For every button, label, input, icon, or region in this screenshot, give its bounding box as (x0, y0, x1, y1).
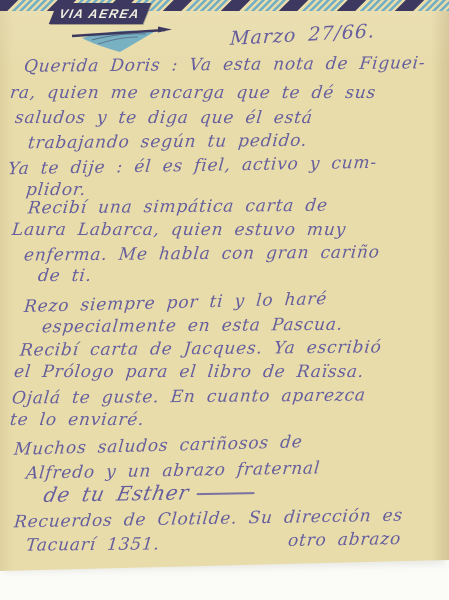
handwritten-line: ra, quien me encarga que te dé sus (9, 83, 377, 103)
airmail-wing-icon (68, 21, 176, 55)
handwritten-line: Laura Labarca, quien estuvo muy (11, 220, 347, 240)
handwritten-line: enferma. Me habla con gran cariño (23, 242, 381, 265)
postscript-line: Recuerdos de Clotilde. Su dirección es (13, 506, 404, 533)
handwritten-line: de ti. (37, 266, 93, 286)
letter-paper: VIA AEREA Marzo 27/66. Querida Doris : V… (0, 0, 449, 572)
handwritten-line: Recibí carta de Jacques. Ya escribió (19, 337, 383, 360)
handwritten-line: Ya te dije : él es fiel, activo y cum- (7, 153, 378, 179)
via-aerea-label: VIA AEREA (57, 7, 143, 21)
handwritten-line: especialmente en esta Pascua. (41, 315, 344, 338)
postscript-note: otro abrazo (287, 529, 402, 551)
letter-date: Marzo 27/66. (230, 20, 376, 50)
handwritten-line: trabajando según tu pedido. (27, 131, 308, 153)
closing-line: Muchos saludos cariñosos de (13, 432, 303, 460)
handwritten-line: Ojalá te guste. En cuanto aparezca (11, 385, 367, 408)
handwritten-line: te lo enviaré. (9, 410, 145, 430)
handwritten-line: Recibí una simpática carta de (27, 196, 329, 219)
handwritten-line: Rezo siempre por ti y lo haré (23, 289, 328, 317)
handwritten-line: el Prólogo para el libro de Raïssa. (13, 362, 365, 382)
handwritten-line: saludos y te diga que él está (14, 108, 314, 128)
postscript-line: Tacuarí 1351. (25, 534, 161, 555)
signature: de tu Esther (42, 479, 258, 507)
scanned-airmail-letter: VIA AEREA Marzo 27/66. Querida Doris : V… (0, 0, 449, 600)
handwritten-line: Querida Doris : Va esta nota de Figuei- (23, 53, 426, 77)
